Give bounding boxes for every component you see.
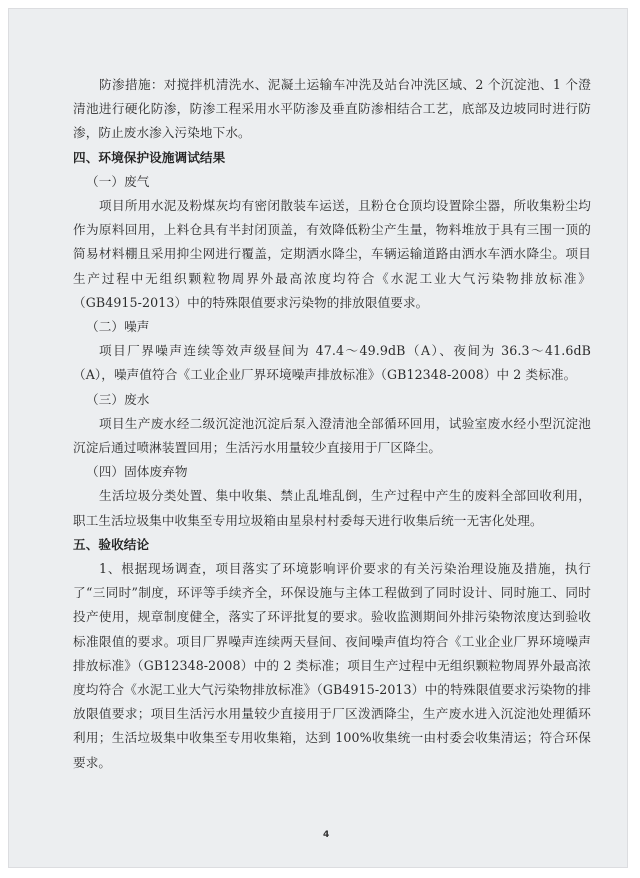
subheading-wastewater: （三）废水 — [73, 388, 591, 412]
section-heading-5: 五、验收结论 — [73, 533, 591, 557]
paragraph-seepage-measures: 防渗措施：对搅拌机清洗水、泥凝土运输车冲洗及站台冲洗区域、2 个沉淀池、1 个澄… — [73, 73, 591, 146]
page-content: 防渗措施：对搅拌机清洗水、泥凝土运输车冲洗及站台冲洗区域、2 个沉淀池、1 个澄… — [73, 73, 591, 775]
paragraph-exhaust-gas: 项目所用水泥及粉煤灰均有密闭散装车运送，且粉仓仓顶均设置除尘器，所收集粉尘均作为… — [73, 194, 591, 315]
subheading-exhaust-gas: （一）废气 — [73, 170, 591, 194]
paragraph-acceptance-conclusion: 1、根据现场调查，项目落实了环境影响评价要求的有关污染治理设施及措施，执行了“三… — [73, 557, 591, 775]
subheading-noise: （二）噪声 — [73, 315, 591, 339]
section-heading-4: 四、环境保护设施调试结果 — [73, 146, 591, 170]
paragraph-wastewater: 项目生产废水经二级沉淀池沉淀后泵入澄清池全部循环回用，试验室废水经小型沉淀池沉淀… — [73, 412, 591, 460]
paragraph-noise: 项目厂界噪声连续等效声级昼间为 47.4～49.9dB（A）、夜间为 36.3～… — [73, 339, 591, 387]
paragraph-solid-waste: 生活垃圾分类处置、集中收集、禁止乱堆乱倒，生产过程中产生的废料全部回收利用，职工… — [73, 484, 591, 532]
scanned-page: 防渗措施：对搅拌机清洗水、泥凝土运输车冲洗及站台冲洗区域、2 个沉淀池、1 个澄… — [8, 8, 628, 868]
page-number: 4 — [323, 830, 329, 840]
subheading-solid-waste: （四）固体废弃物 — [73, 460, 591, 484]
